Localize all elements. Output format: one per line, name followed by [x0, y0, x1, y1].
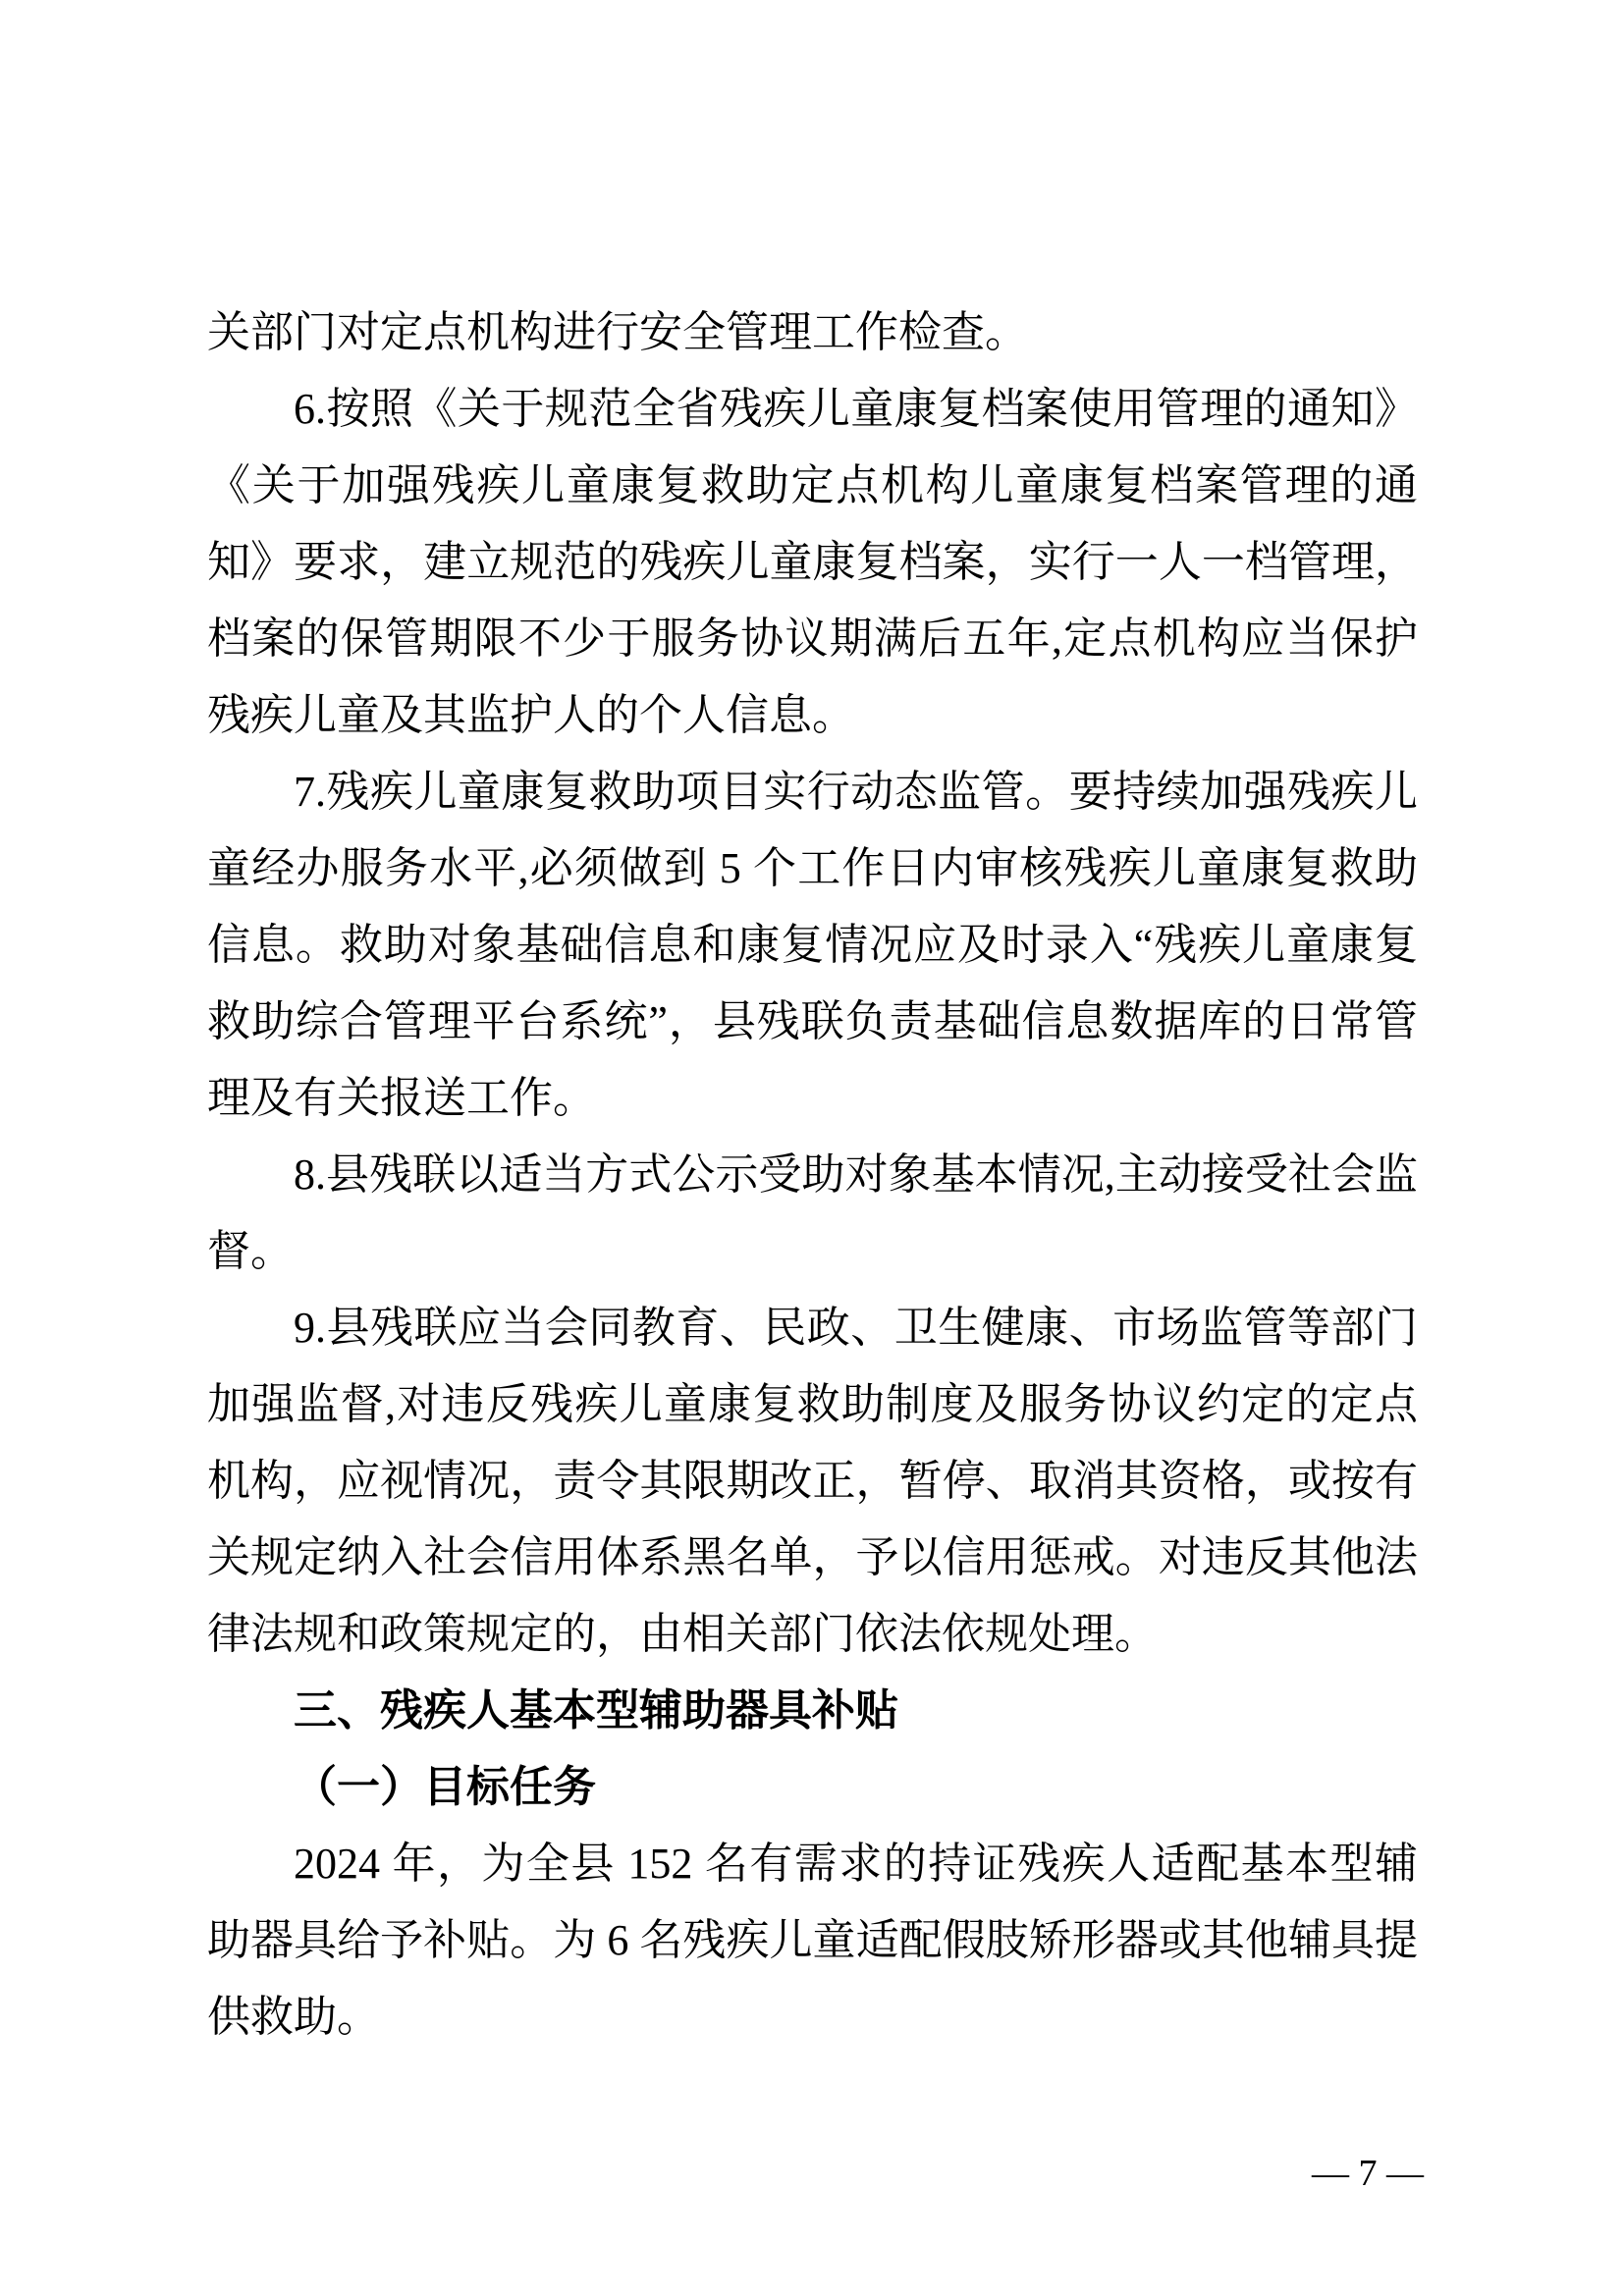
- document-page: 关部门对定点机构进行安全管理工作检查。6.按照《关于规范全省残疾儿童康复档案使用…: [0, 0, 1624, 2296]
- subsection-heading: （一）目标任务: [207, 1749, 1418, 1826]
- paragraph: 2024 年，为全县 152 名有需求的持证残疾人适配基本型辅助器具给予补贴。为…: [207, 1826, 1418, 2056]
- paragraph: 8.县残联以适当方式公示受助对象基本情况,主动接受社会监督。: [207, 1137, 1418, 1290]
- paragraph: 7.残疾儿童康复救助项目实行动态监管。要持续加强残疾儿童经办服务水平,必须做到 …: [207, 754, 1418, 1137]
- page-number: — 7 —: [1312, 2152, 1424, 2195]
- section-heading: 三、残疾人基本型辅助器具补贴: [207, 1673, 1418, 1749]
- paragraph: 关部门对定点机构进行安全管理工作检查。: [207, 294, 1418, 371]
- document-body: 关部门对定点机构进行安全管理工作检查。6.按照《关于规范全省残疾儿童康复档案使用…: [207, 294, 1418, 2056]
- paragraph: 6.按照《关于规范全省残疾儿童康复档案使用管理的通知》《关于加强残疾儿童康复救助…: [207, 371, 1418, 754]
- paragraph: 9.县残联应当会同教育、民政、卫生健康、市场监管等部门加强监督,对违反残疾儿童康…: [207, 1290, 1418, 1673]
